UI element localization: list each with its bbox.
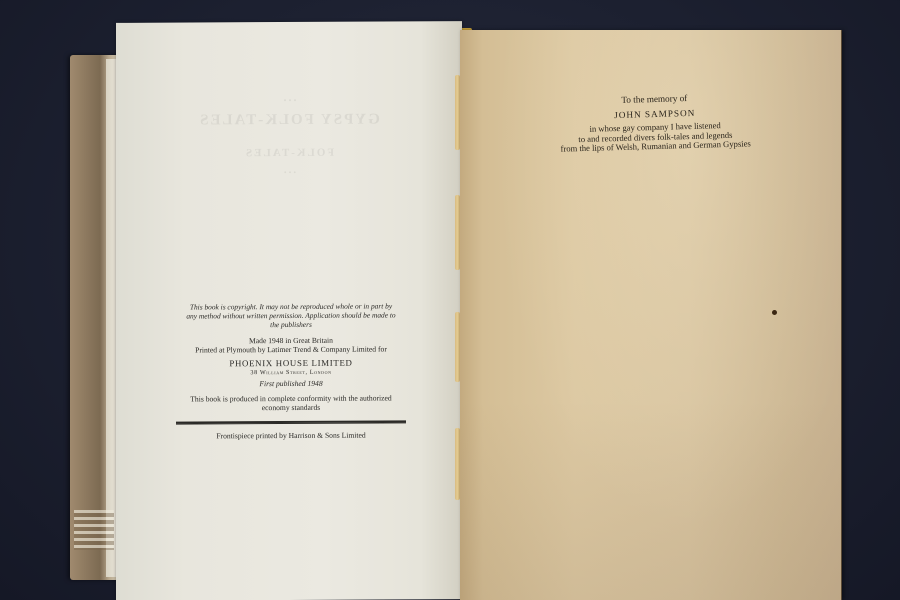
book-cover-edge [70, 55, 120, 580]
show-through-title: GYPSY FOLK-TALES [116, 111, 462, 130]
show-through-text: FOLK-TALES [116, 146, 462, 160]
show-through-text: ... [116, 163, 462, 177]
first-published: First published 1948 [186, 379, 396, 389]
publisher-address: 38 William Street, London [186, 368, 396, 378]
dedication: To the memory of JOHN SAMPSON in whose g… [514, 90, 796, 156]
printer-line: Printed at Plymouth by Latimer Trend & C… [178, 344, 404, 354]
economy-standards-note: This book is produced in complete confor… [186, 393, 396, 412]
show-through-text: ... [116, 89, 462, 106]
dedication-intro: To the memory of [514, 90, 794, 108]
copyright-notice: This book is copyright. It may not be re… [186, 301, 396, 330]
divider-rule [176, 420, 406, 424]
photo-scene: ... GYPSY FOLK-TALES FOLK-TALES ... This… [0, 0, 900, 600]
frontispiece-credit: Frontispiece printed by Harrison & Sons … [176, 430, 406, 440]
ink-spot [772, 310, 777, 315]
right-page: To the memory of JOHN SAMPSON in whose g… [460, 30, 842, 600]
worn-cover-area [74, 510, 114, 550]
imprint-block: This book is copyright. It may not be re… [186, 301, 396, 440]
left-page: ... GYPSY FOLK-TALES FOLK-TALES ... This… [116, 21, 462, 600]
